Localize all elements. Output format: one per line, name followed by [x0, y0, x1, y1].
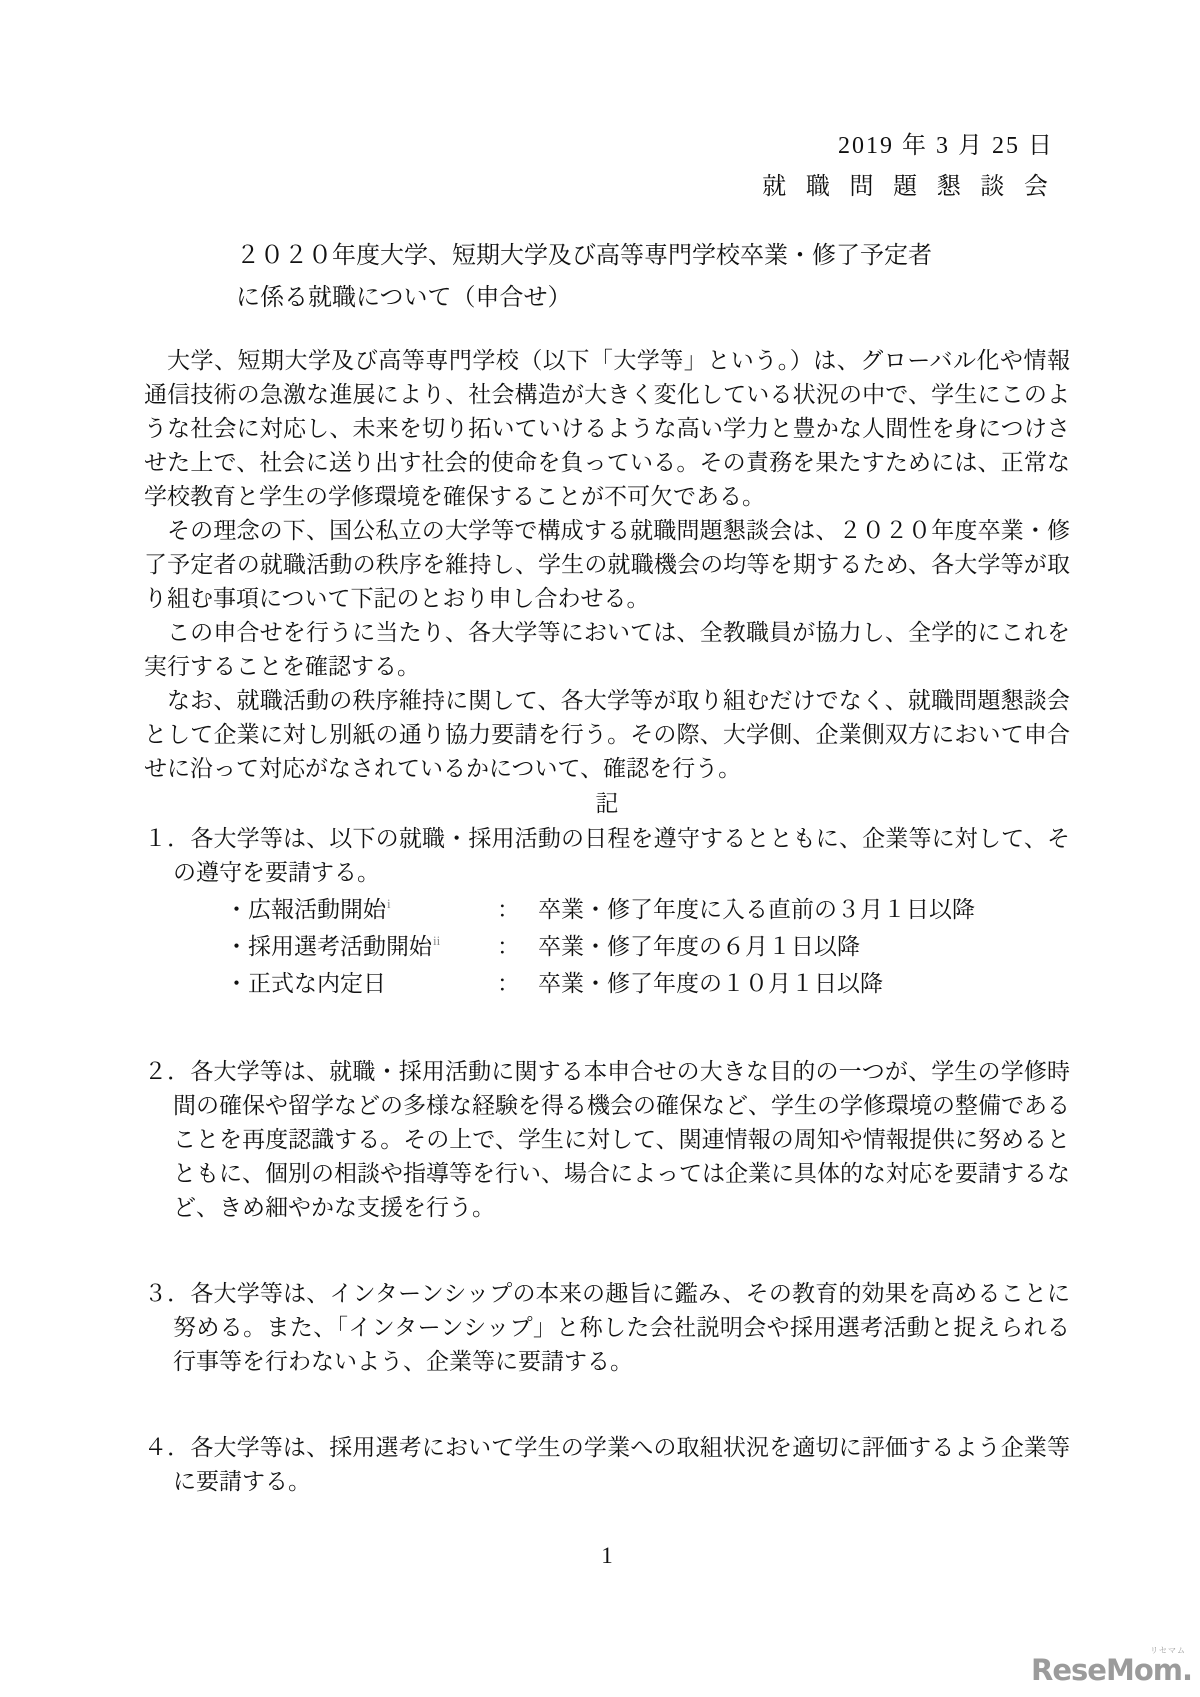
list-item-1-number: １．	[144, 826, 190, 852]
list-item-2: ２．各大学等は、就職・採用活動に関する本申合せの大きな目的の一つが、学生の学修時…	[144, 1055, 1070, 1225]
list-item-4-number: ４．	[144, 1435, 190, 1461]
header-right-block: 2019 年 3 月 25 日 就 職 問 題 懇 談 会	[144, 126, 1070, 206]
schedule-colon: ：	[497, 929, 538, 966]
schedule-row-pr-start: ・広報活動開始i ： 卒業・修了年度に入る直前の３月１日以降	[144, 892, 1070, 929]
paragraph-2: その理念の下、国公私立の大学等で構成する就職問題懇談会は、２０２０年度卒業・修了…	[144, 514, 1070, 616]
list-item-3-number: ３．	[144, 1281, 190, 1307]
page-number: 1	[144, 1539, 1070, 1573]
list-item-3-text: ３．各大学等は、インターンシップの本来の趣旨に鑑み、その教育的効果を高めることに…	[144, 1277, 1070, 1379]
schedule-row-official-offer: ・正式な内定日 ： 卒業・修了年度の１０月１日以降	[144, 966, 1070, 1003]
schedule-value: 卒業・修了年度に入る直前の３月１日以降	[538, 892, 1070, 929]
list-item-4-text: ４．各大学等は、採用選考において学生の学業への取組状況を適切に評価するよう企業等…	[144, 1431, 1070, 1499]
list-item-2-text: ２．各大学等は、就職・採用活動に関する本申合せの大きな目的の一つが、学生の学修時…	[144, 1055, 1070, 1225]
paragraph-3: この申合せを行うに当たり、各大学等においては、全教職員が協力し、全学的にこれを実…	[144, 616, 1070, 684]
resemom-logo-text: ReseMom.	[1031, 1653, 1192, 1687]
note-marker: 記	[144, 787, 1070, 821]
list-item-4: ４．各大学等は、採用選考において学生の学業への取組状況を適切に評価するよう企業等…	[144, 1431, 1070, 1499]
schedule-label-text: ・採用選考活動開始	[225, 934, 432, 960]
document-title-line2: に係る就職について（申合せ）	[236, 276, 1070, 318]
list-item-2-body: 各大学等は、就職・採用活動に関する本申合せの大きな目的の一つが、学生の学修時間の…	[173, 1059, 1070, 1221]
list-item-1-text: １．各大学等は、以下の就職・採用活動の日程を遵守するとともに、企業等に対して、そ…	[144, 822, 1070, 890]
list-item-4-body: 各大学等は、採用選考において学生の学業への取組状況を適切に評価するよう企業等に要…	[173, 1435, 1070, 1495]
document-title-line1: ２０２０年度大学、短期大学及び高等専門学校卒業・修了予定者	[236, 234, 1070, 276]
resemom-logo: リセマム ReseMom.	[1031, 1647, 1192, 1685]
schedule-colon: ：	[497, 892, 538, 929]
schedule-label-text: ・正式な内定日	[225, 971, 386, 997]
document-page: 2019 年 3 月 25 日 就 職 問 題 懇 談 会 ２０２０年度大学、短…	[0, 0, 1200, 1697]
footnote-ref-ii: ii	[433, 933, 440, 948]
list-item-2-number: ２．	[144, 1059, 190, 1085]
list-item-1-body: 各大学等は、以下の就職・採用活動の日程を遵守するとともに、企業等に対して、その遵…	[173, 826, 1070, 886]
list-item-3-body: 各大学等は、インターンシップの本来の趣旨に鑑み、その教育的効果を高めることに努め…	[173, 1281, 1070, 1375]
document-date: 2019 年 3 月 25 日	[144, 126, 1054, 166]
schedule-label: ・広報活動開始i	[225, 892, 497, 929]
list-item-3: ３．各大学等は、インターンシップの本来の趣旨に鑑み、その教育的効果を高めることに…	[144, 1277, 1070, 1379]
paragraph-4: なお、就職活動の秩序維持に関して、各大学等が取り組むだけでなく、就職問題懇談会と…	[144, 684, 1070, 786]
schedule-row-selection-start: ・採用選考活動開始ii ： 卒業・修了年度の６月１日以降	[144, 929, 1070, 966]
schedule-value: 卒業・修了年度の６月１日以降	[538, 929, 1070, 966]
schedule-label: ・採用選考活動開始ii	[225, 929, 497, 966]
schedule-list: ・広報活動開始i ： 卒業・修了年度に入る直前の３月１日以降 ・採用選考活動開始…	[144, 892, 1070, 1003]
paragraph-1: 大学、短期大学及び高等専門学校（以下「大学等」という。）は、グローバル化や情報通…	[144, 344, 1070, 514]
document-organization: 就 職 問 題 懇 談 会	[144, 166, 1054, 206]
schedule-label: ・正式な内定日	[225, 966, 497, 1003]
footnote-ref-i: i	[387, 896, 391, 911]
schedule-label-text: ・広報活動開始	[225, 897, 386, 923]
schedule-value: 卒業・修了年度の１０月１日以降	[538, 966, 1070, 1003]
document-body: 大学、短期大学及び高等専門学校（以下「大学等」という。）は、グローバル化や情報通…	[144, 344, 1070, 1573]
list-item-1: １．各大学等は、以下の就職・採用活動の日程を遵守するとともに、企業等に対して、そ…	[144, 822, 1070, 1003]
document-title: ２０２０年度大学、短期大学及び高等専門学校卒業・修了予定者 に係る就職について（…	[236, 234, 1070, 318]
schedule-colon: ：	[497, 966, 538, 1003]
